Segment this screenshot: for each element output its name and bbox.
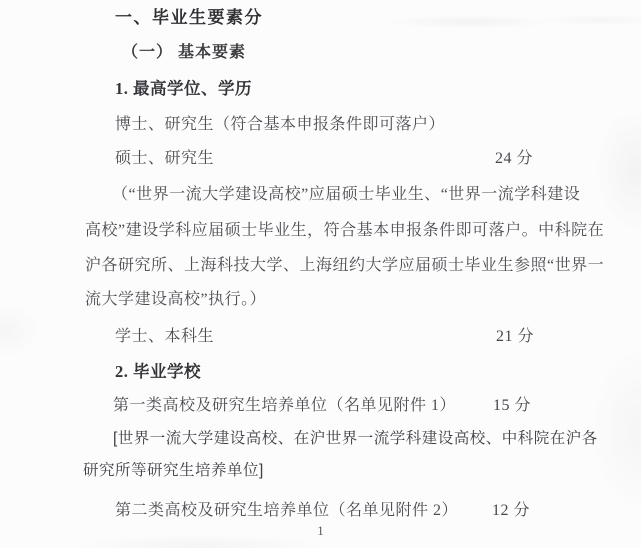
row-tier1-school-label: 第一类高校及研究生培养单位（名单见附件 1） bbox=[113, 397, 456, 415]
bracket-note-line-2: 研究所等研究生培养单位] bbox=[83, 462, 264, 480]
row-master-label: 硕士、研究生 bbox=[115, 150, 214, 168]
item2-heading: 2. 毕业学校 bbox=[115, 363, 201, 381]
page-number: 1 bbox=[0, 522, 641, 540]
note-line-2: 高校”建设学科应届硕士毕业生，符合基本申报条件即可落户。中科院在 bbox=[85, 222, 604, 240]
document-page: 一、毕业生要素分 （一） 基本要素 1. 最高学位、学历 博士、研究生（符合基本… bbox=[0, 0, 641, 548]
note-line-4: 流大学建设高校”执行。） bbox=[85, 291, 266, 309]
note-line-1: （“世界一流大学建设高校”应届硕士毕业生、“世界一流学科建设 bbox=[112, 186, 580, 204]
bracket-note-line-1: [世界一流大学建设高校、在沪世界一流学科建设高校、中科院在沪各 bbox=[113, 430, 598, 448]
note-line-3: 沪各研究所、上海科技大学、上海纽约大学应届硕士毕业生参照“世界一 bbox=[85, 257, 604, 275]
section-heading: 一、毕业生要素分 bbox=[115, 9, 263, 27]
row-tier1-school-score: 15 分 bbox=[493, 397, 531, 415]
row-doctoral-label: 博士、研究生（符合基本申报条件即可落户） bbox=[115, 116, 445, 134]
row-master-score: 24 分 bbox=[495, 150, 533, 168]
row-bachelor-label: 学士、本科生 bbox=[115, 328, 214, 346]
row-tier2-school-score: 12 分 bbox=[492, 502, 530, 520]
row-tier2-school-label: 第二类高校及研究生培养单位（名单见附件 2） bbox=[115, 502, 458, 520]
subsection-heading: （一） 基本要素 bbox=[122, 44, 246, 62]
item1-heading: 1. 最高学位、学历 bbox=[115, 80, 252, 98]
row-bachelor-score: 21 分 bbox=[496, 328, 534, 346]
